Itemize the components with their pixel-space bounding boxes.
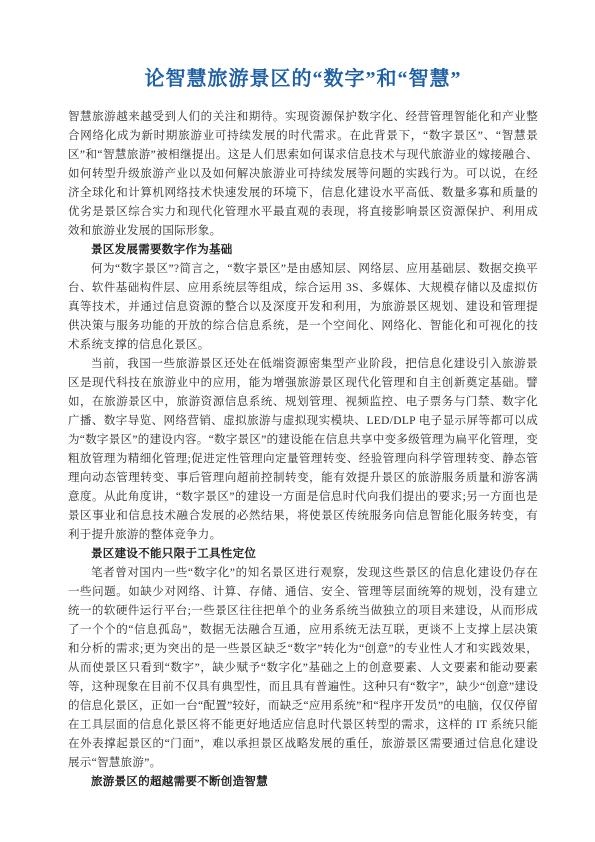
paragraph-digital-scenic-application: 当前，我国一些旅游景区还处在低端资源密集型产业阶段，把信息化建设引入旅游景区是现…	[68, 355, 538, 545]
paragraph-digital-scenic-definition: 何为“数字景区”?简言之，“数字景区”是由感知层、网络层、应用基础层、数据交换平…	[68, 260, 538, 355]
section-heading-create-wisdom: 旅游景区的超越需要不断创造智慧	[68, 773, 538, 792]
document-title: 论智慧旅游景区的“数字”和“智慧”	[68, 64, 538, 94]
section-heading-tool-positioning: 景区建设不能只限于工具性定位	[68, 545, 538, 564]
section-heading-digital-foundation: 景区发展需要数字作为基础	[68, 241, 538, 260]
paragraph-observed-problems: 笔者曾对国内一些“数字化”的知名景区进行观察，发现这些景区的信息化建设仍存在一些…	[68, 564, 538, 773]
document-page: 论智慧旅游景区的“数字”和“智慧” 智慧旅游越来越受到人们的关注和期待。实现资源…	[0, 0, 595, 842]
intro-paragraph: 智慧旅游越来越受到人们的关注和期待。实现资源保护数字化、经营管理智能化和产业整合…	[68, 108, 538, 241]
